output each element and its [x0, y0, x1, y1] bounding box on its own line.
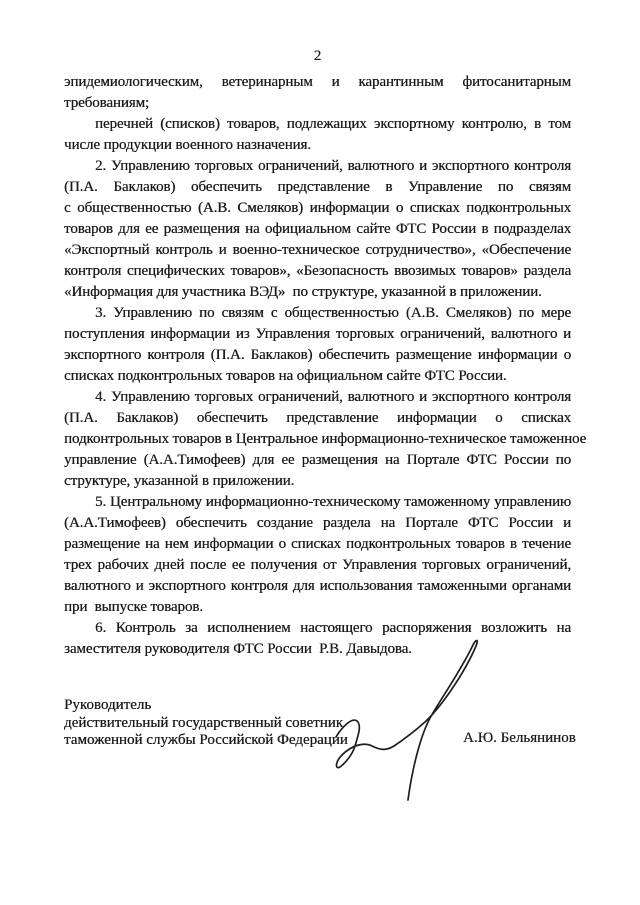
signature-block: Руководительдействительный государственн… — [64, 697, 571, 750]
paragraph: перечней (списков) товаров, подлежащих э… — [64, 114, 571, 156]
text-line: (П.А. Баклаков) обеспечить представление… — [64, 408, 571, 429]
text-line: управление (А.А.Тимофеев) для ее размеще… — [64, 450, 571, 471]
text-line: при выпуске товаров. — [64, 597, 571, 618]
paragraph: 6. Контроль за исполнением настоящего ра… — [64, 618, 571, 660]
text-line: структуре, указанной в приложении. — [64, 471, 571, 492]
text-line: списках подконтрольных товаров на официа… — [64, 366, 571, 387]
text-line: трех рабочих дней после ее получения от … — [64, 555, 571, 576]
text-line: 3. Управлению по связям с общественность… — [64, 303, 571, 324]
text-line: с общественностью (А.В. Смеляков) информ… — [64, 198, 571, 219]
paragraph: 4. Управлению торговых ограничений, валю… — [64, 387, 571, 492]
text-line: 5. Центральному информационно-техническо… — [64, 492, 571, 513]
text-line: числе продукции военного назначения. — [64, 135, 571, 156]
text-line: товаров для ее размещения на официальном… — [64, 219, 571, 240]
text-line: контроля специфических товаров», «Безопа… — [64, 261, 571, 282]
page-number: 2 — [64, 47, 571, 65]
text-line: 6. Контроль за исполнением настоящего ра… — [64, 618, 571, 639]
text-line: перечней (списков) товаров, подлежащих э… — [64, 114, 571, 135]
document-page: 2 эпидемиологическим, ветеринарным и кар… — [0, 0, 640, 905]
text-line: поступления информации из Управления тор… — [64, 324, 571, 345]
text-line: подконтрольных товаров в Центральное инф… — [64, 429, 571, 450]
text-line: (П.А. Баклаков) обеспечить представление… — [64, 177, 571, 198]
text-line: «Экспортный контроль и военно-техническо… — [64, 240, 571, 261]
paragraph: 2. Управлению торговых ограничений, валю… — [64, 156, 571, 303]
paragraph: эпидемиологическим, ветеринарным и каран… — [64, 72, 571, 114]
text-line: требованиям; — [64, 93, 571, 114]
text-line: (А.А.Тимофеев) обеспечить создание разде… — [64, 513, 571, 534]
text-line: «Информация для участника ВЭД» по структ… — [64, 282, 571, 303]
text-line: 4. Управлению торговых ограничений, валю… — [64, 387, 571, 408]
signer-name: А.Ю. Бельянинов — [463, 730, 576, 747]
text-line: валютного и экспортного контроля для исп… — [64, 576, 571, 597]
text-line: заместителя руководителя ФТС России Р.В.… — [64, 639, 571, 660]
text-line: размещение на нем информации о списках п… — [64, 534, 571, 555]
paragraph: 3. Управлению по связям с общественность… — [64, 303, 571, 387]
signer-title-line: Руководитель — [64, 697, 571, 715]
text-line: эпидемиологическим, ветеринарным и каран… — [64, 72, 571, 93]
paragraph: 5. Центральному информационно-техническо… — [64, 492, 571, 618]
text-line: экспортного контроля (П.А. Баклаков) обе… — [64, 345, 571, 366]
text-line: 2. Управлению торговых ограничений, валю… — [64, 156, 571, 177]
document-body: эпидемиологическим, ветеринарным и каран… — [64, 72, 571, 660]
